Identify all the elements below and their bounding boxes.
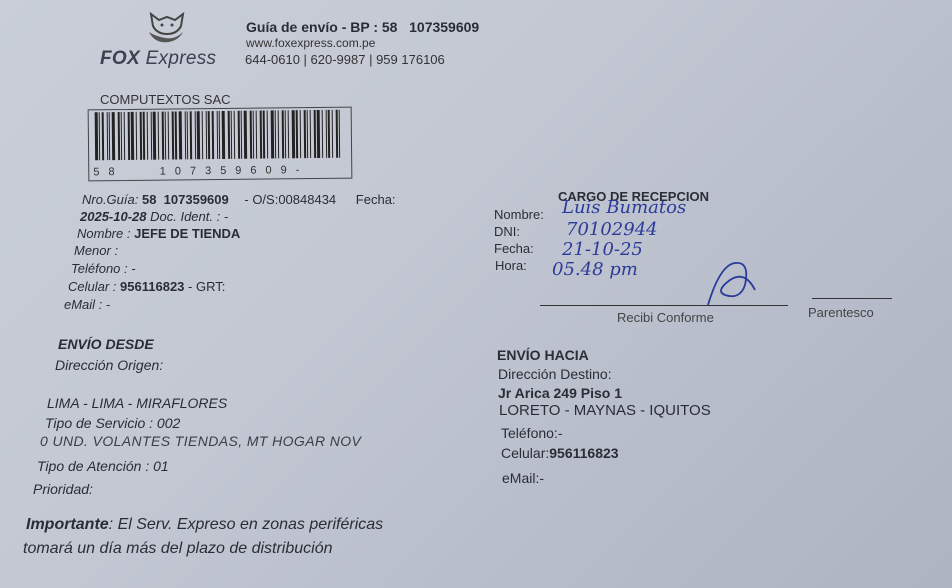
nombre-row: Nombre : JEFE DE TIENDA: [77, 226, 240, 241]
signature-icon: [700, 255, 760, 315]
tipo-servicio: Tipo de Servicio : 002: [45, 415, 180, 431]
fox-icon: [145, 10, 189, 46]
notice-line1: : El Serv. Expreso en zonas periféricas: [109, 516, 384, 533]
barcode-digits: 58 107359609-: [93, 164, 308, 178]
brand-name: FOX Express: [100, 48, 216, 70]
celular-row: Celular : 956116823 - GRT:: [68, 279, 225, 294]
grt: - GRT:: [188, 279, 225, 294]
sender-company: COMPUTEXTOS SAC: [100, 92, 231, 107]
nro-value: 58 107359609: [142, 192, 229, 207]
date-row: 2025-10-28 Doc. Ident. : -: [80, 209, 228, 224]
recibi-conforme: Recibi Conforme: [617, 310, 714, 325]
email: eMail : -: [64, 297, 110, 312]
telefono: Teléfono : -: [71, 261, 136, 276]
celular-value: 956116823: [120, 279, 184, 294]
nombre-value: JEFE DE TIENDA: [134, 226, 240, 241]
handwritten-hora: 05.48 pm: [552, 259, 638, 280]
cargo-dni-label: DNI:: [494, 224, 520, 239]
origin-location: LIMA - LIMA - MIRAFLORES: [47, 395, 227, 411]
destination-celular-row: Celular:956116823: [501, 445, 619, 461]
prioridad: Prioridad:: [33, 481, 93, 497]
signature-line: [540, 305, 788, 306]
notice-label: Importante: [26, 516, 109, 533]
destination-email: eMail:-: [502, 470, 544, 486]
fox-express-logo: FOX Express: [100, 8, 235, 68]
cargo-nombre-label: Nombre:: [494, 207, 544, 222]
cargo-hora-label: Hora:: [495, 258, 527, 273]
barcode: 58 107359609-: [88, 107, 353, 182]
handwritten-dni: 70102944: [566, 219, 658, 240]
nombre-label: Nombre :: [77, 226, 130, 241]
tipo-atencion: Tipo de Atención : 01: [37, 458, 169, 474]
phones: 644-0610 | 620-9987 | 959 176106: [245, 52, 445, 67]
cargo-fecha-label: Fecha:: [494, 241, 534, 256]
fecha-label: Fecha:: [356, 192, 396, 207]
destination-heading: ENVÍO HACIA: [497, 347, 589, 363]
celular-label: Celular :: [68, 279, 116, 294]
guide-title: Guía de envío - BP : 58 107359609: [246, 19, 479, 35]
parentesco-label: Parentesco: [808, 305, 874, 320]
handwritten-nombre: Luis Bumatos: [562, 197, 686, 218]
menor: Menor :: [74, 243, 118, 258]
origin-heading: ENVÍO DESDE: [58, 336, 154, 352]
origin-direccion-label: Dirección Origen:: [55, 357, 163, 373]
important-notice: Importante: El Serv. Expreso en zonas pe…: [26, 516, 383, 534]
destination-address: Jr Arica 249 Piso 1: [498, 385, 622, 401]
fecha-value: 2025-10-28: [80, 209, 147, 224]
website: www.foxexpress.com.pe: [246, 36, 375, 50]
destination-celular-value: 956116823: [549, 445, 618, 461]
os-number: - O/S:00848434: [244, 192, 336, 207]
destination-telefono: Teléfono:-: [501, 425, 562, 441]
handwritten-fecha: 21-10-25: [562, 239, 643, 260]
destination-location: LORETO - MAYNAS - IQUITOS: [499, 402, 711, 419]
parentesco-line: [812, 298, 892, 299]
doc-ident: Doc. Ident. : -: [150, 209, 228, 224]
destination-direccion-label: Dirección Destino:: [498, 366, 612, 382]
guide-number-row: Nro.Guía: 58 107359609 - O/S:00848434 Fe…: [82, 192, 396, 207]
nro-label: Nro.Guía:: [82, 192, 138, 207]
barcode-bars: [95, 110, 345, 161]
destination-celular-label: Celular:: [501, 445, 549, 461]
notice-line2: tomará un día más del plazo de distribuc…: [23, 540, 333, 558]
contenido: 0 UND. VOLANTES TIENDAS, MT HOGAR NOV: [40, 433, 361, 449]
